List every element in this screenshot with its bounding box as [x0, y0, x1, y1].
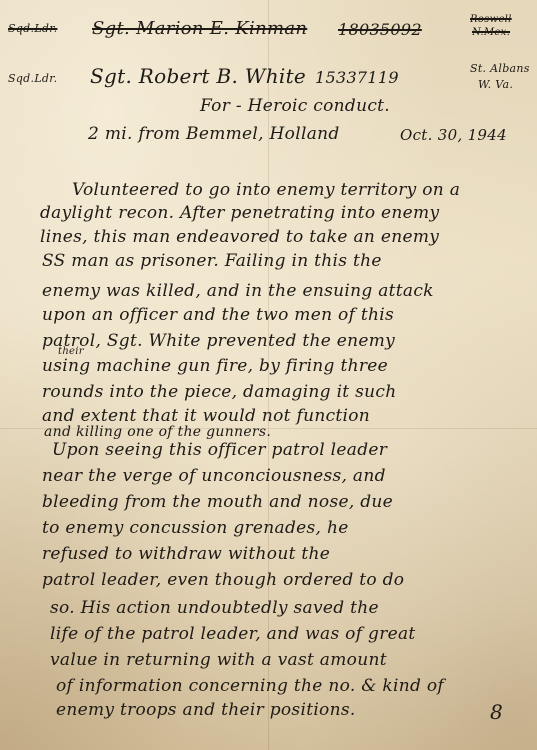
struck-rank-label: Sqd.Ldr.	[8, 22, 57, 35]
action-location: 2 mi. from Bemmel, Holland	[88, 124, 340, 144]
handwritten-letter-page: Sqd.Ldr. Sgt. Marion E. Kinman 18035092 …	[0, 0, 537, 750]
body-line: Upon seeing this officer patrol leader	[52, 440, 387, 460]
margin-mark: 8	[490, 700, 503, 724]
struck-name: Sgt. Marion E. Kinman	[92, 18, 307, 39]
body-line: near the verge of unconciousness, and	[42, 466, 386, 486]
body-line: patrol leader, even though ordered to do	[42, 570, 404, 590]
body-line: life of the patrol leader, and was of gr…	[50, 624, 416, 644]
body-line-insert: and killing one of the gunners.	[44, 424, 271, 440]
body-line: enemy troops and their positions.	[56, 700, 356, 720]
body-line: daylight recon. After penetrating into e…	[40, 203, 439, 223]
body-line: to enemy concussion grenades, he	[42, 518, 349, 538]
nominee-serial: 15337119	[315, 68, 399, 87]
struck-hometown-line1: Roswell	[470, 14, 512, 25]
body-line: rounds into the piece, damaging it such	[42, 382, 396, 402]
body-line: bleeding from the mouth and nose, due	[42, 492, 393, 512]
body-line: SS man as prisoner. Failing in this the	[42, 251, 382, 271]
nominee-hometown-line1: St. Albans	[470, 62, 530, 75]
action-date: Oct. 30, 1944	[400, 126, 507, 144]
body-line: so. His action undoubtedly saved the	[50, 598, 379, 618]
body-line: refused to withdraw without the	[42, 544, 330, 564]
nominee-name: Sgt. Robert B. White	[90, 64, 306, 88]
body-line: value in returning with a vast amount	[50, 650, 387, 670]
body-line: patrol, Sgt. White prevented the enemy	[42, 331, 395, 351]
award-reason: For - Heroic conduct.	[200, 96, 390, 116]
body-line: of information concerning the no. & kind…	[56, 676, 444, 696]
body-line: upon an officer and the two men of this	[42, 305, 394, 325]
body-line: Volunteered to go into enemy territory o…	[72, 180, 460, 200]
body-line: lines, this man endeavored to take an en…	[40, 227, 439, 247]
body-line: and extent that it would not function	[42, 406, 370, 426]
struck-serial: 18035092	[338, 20, 422, 39]
body-line: enemy was killed, and in the ensuing att…	[42, 281, 434, 301]
struck-hometown-line2: N.Mex.	[472, 27, 510, 38]
nominee-rank-label: Sqd.Ldr.	[8, 72, 57, 85]
nominee-hometown-line2: W. Va.	[478, 78, 513, 91]
body-line: using machine gun fire, by firing three	[42, 356, 388, 376]
